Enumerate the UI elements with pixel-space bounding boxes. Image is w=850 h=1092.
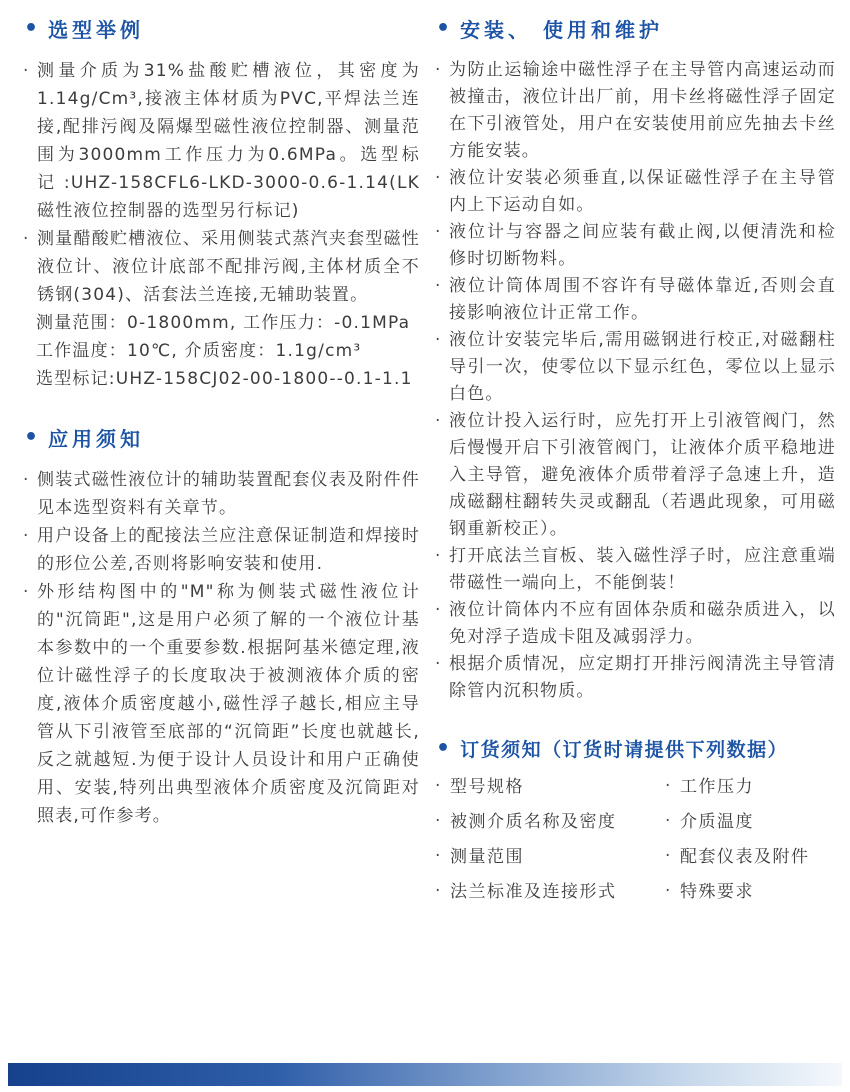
list-item-text: 液位计投入运行时，应先打开上引液管阀门，然后慢慢开启下引液管阀门，让液体介质平稳…	[449, 411, 836, 539]
list-item-text: 测量醋酸贮槽液位、采用侧装式蒸汽夹套型磁性 液位计、液位计底部不配排污阀,主体材…	[37, 229, 420, 305]
list-item: · 打开底法兰盲板、装入磁性浮子时，应注意重端带磁性一端向上，不能倒装！	[434, 543, 836, 597]
bullet-marker-icon: ·	[23, 225, 28, 253]
section-title-ordering: • 订货须知（订货时请提供下列数据）	[436, 735, 836, 762]
bullet-marker-icon: ·	[435, 597, 440, 624]
list-item: · 法兰标准及连接形式	[434, 881, 664, 903]
right-column: • 安装、 使用和维护 · 为防止运输途中磁性浮子在主导管内高速运动而被撞击，液…	[434, 14, 836, 916]
list-item: · 侧装式磁性液位计的辅助装置配套仪表及附件件见本选型资料有关章节。	[22, 466, 420, 522]
list-item: · 外形结构图中的"M"称为侧装式磁性液位计的"沉筒距",这是用户必须了解的一个…	[22, 578, 420, 830]
section-title-installation: • 安装、 使用和维护	[436, 14, 836, 43]
bullet-marker-icon: ·	[665, 775, 670, 797]
list-item: · 为防止运输途中磁性浮子在主导管内高速运动而被撞击，液位计出厂前，用卡丝将磁性…	[434, 57, 836, 165]
document-page: • 选型举例 · 测量介质为31%盐酸贮槽液位，其密度为1.14g/Cm³,接液…	[0, 0, 850, 1092]
list-item: · 液位计筒体周围不容许有导磁体靠近,否则会直接影响液位计正常工作。	[434, 273, 836, 327]
bullet-marker-icon: ·	[435, 327, 440, 354]
bullet-marker-icon: ·	[435, 543, 440, 570]
spec-line: 选型标记:UHZ-158CJ02-00-1800--0.1-1.1	[22, 365, 420, 393]
section-title-application-notes: • 应用须知	[24, 423, 420, 452]
list-item: · 液位计与容器之间应装有截止阀,以便清洗和检修时切断物料。	[434, 219, 836, 273]
bullet-marker-icon: ·	[435, 57, 440, 84]
list-item-text: 液位计筒体内不应有固体杂质和磁杂质进入，以免对浮子造成卡阻及减弱浮力。	[449, 600, 836, 647]
section-title-text: 安装、 使用和维护	[460, 14, 663, 43]
list-item-text: 液位计筒体周围不容许有导磁体靠近,否则会直接影响液位计正常工作。	[449, 276, 836, 323]
list-item-text: 特殊要求	[680, 882, 754, 902]
section-bullet-icon: •	[436, 738, 450, 760]
list-item-text: 液位计安装完毕后,需用磁钢进行校正,对磁翻柱导引一次，使零位以下显示红色，零位以…	[449, 330, 836, 404]
list-item-text: 用户设备上的配接法兰应注意保证制造和焊接时的形位公差,否则将影响安装和使用.	[37, 526, 420, 574]
section-bullet-icon: •	[436, 18, 450, 40]
bullet-marker-icon: ·	[435, 273, 440, 300]
ordering-list-right: · 工作压力 · 介质温度 · 配套仪表及附件 · 特殊要求	[664, 776, 836, 916]
list-item-text: 打开底法兰盲板、装入磁性浮子时，应注意重端带磁性一端向上，不能倒装！	[449, 546, 836, 593]
section-title-selection-examples: • 选型举例	[24, 14, 420, 43]
section-bullet-icon: •	[24, 18, 38, 40]
list-item-text: 液位计安装必须垂直,以保证磁性浮子在主导管内上下运动自如。	[449, 168, 836, 215]
bullet-marker-icon: ·	[435, 651, 440, 678]
ordering-data-list: · 型号规格 · 被测介质名称及密度 · 测量范围 · 法兰标准及连接形式	[434, 776, 836, 916]
list-item: · 被测介质名称及密度	[434, 811, 664, 833]
list-item-text: 工作压力	[680, 777, 754, 797]
list-item-text: 测量介质为31%盐酸贮槽液位，其密度为1.14g/Cm³,接液主体材质为PVC,…	[37, 61, 420, 221]
list-item: · 根据介质情况，应定期打开排污阀清洗主导管清除管内沉积物质。	[434, 651, 836, 705]
list-item-text: 型号规格	[450, 777, 524, 797]
list-item-text: 法兰标准及连接形式	[450, 882, 617, 902]
list-item: · 测量醋酸贮槽液位、采用侧装式蒸汽夹套型磁性 液位计、液位计底部不配排污阀,主…	[22, 225, 420, 309]
list-item-text: 介质温度	[680, 812, 754, 832]
section-title-text: 订货须知（订货时请提供下列数据）	[460, 735, 788, 762]
list-item: · 液位计安装完毕后,需用磁钢进行校正,对磁翻柱导引一次，使零位以下显示红色，零…	[434, 327, 836, 408]
list-item-text: 被测介质名称及密度	[450, 812, 617, 832]
list-item-text: 外形结构图中的"M"称为侧装式磁性液位计的"沉筒距",这是用户必须了解的一个液位…	[37, 582, 420, 826]
footer-gradient-bar	[8, 1063, 842, 1086]
list-item: · 液位计筒体内不应有固体杂质和磁杂质进入，以免对浮子造成卡阻及减弱浮力。	[434, 597, 836, 651]
list-item-text: 测量范围	[450, 847, 524, 867]
list-item-text: 根据介质情况，应定期打开排污阀清洗主导管清除管内沉积物质。	[449, 654, 836, 701]
list-item: · 特殊要求	[664, 881, 836, 903]
two-column-layout: • 选型举例 · 测量介质为31%盐酸贮槽液位，其密度为1.14g/Cm³,接液…	[0, 0, 850, 916]
spec-line: 工作温度：10℃, 介质密度：1.1g/cm³	[22, 337, 420, 365]
list-item-text: 为防止运输途中磁性浮子在主导管内高速运动而被撞击，液位计出厂前，用卡丝将磁性浮子…	[449, 60, 836, 161]
list-item: · 用户设备上的配接法兰应注意保证制造和焊接时的形位公差,否则将影响安装和使用.	[22, 522, 420, 578]
bullet-marker-icon: ·	[435, 219, 440, 246]
ordering-list-left: · 型号规格 · 被测介质名称及密度 · 测量范围 · 法兰标准及连接形式	[434, 776, 664, 916]
list-item-text: 配套仪表及附件	[680, 847, 810, 867]
bullet-marker-icon: ·	[435, 880, 440, 902]
section-bullet-icon: •	[24, 427, 38, 449]
bullet-marker-icon: ·	[435, 775, 440, 797]
list-item: · 液位计安装必须垂直,以保证磁性浮子在主导管内上下运动自如。	[434, 165, 836, 219]
bullet-marker-icon: ·	[23, 57, 28, 85]
bullet-marker-icon: ·	[665, 810, 670, 832]
bullet-marker-icon: ·	[435, 845, 440, 867]
list-item-text: 液位计与容器之间应装有截止阀,以便清洗和检修时切断物料。	[449, 222, 836, 269]
section-title-text: 选型举例	[48, 14, 144, 43]
spec-line: 测量范围：0-1800mm, 工作压力：-0.1MPa	[22, 309, 420, 337]
bullet-marker-icon: ·	[23, 578, 28, 606]
bullet-marker-icon: ·	[23, 522, 28, 550]
list-item: · 测量范围	[434, 846, 664, 868]
list-item-text: 侧装式磁性液位计的辅助装置配套仪表及附件件见本选型资料有关章节。	[37, 470, 420, 518]
list-item: · 液位计投入运行时，应先打开上引液管阀门，然后慢慢开启下引液管阀门，让液体介质…	[434, 408, 836, 543]
bullet-marker-icon: ·	[435, 408, 440, 435]
bullet-marker-icon: ·	[435, 165, 440, 192]
list-item: · 配套仪表及附件	[664, 846, 836, 868]
left-column: • 选型举例 · 测量介质为31%盐酸贮槽液位，其密度为1.14g/Cm³,接液…	[22, 14, 420, 916]
bullet-marker-icon: ·	[665, 845, 670, 867]
list-item: · 工作压力	[664, 776, 836, 798]
bullet-marker-icon: ·	[23, 466, 28, 494]
list-item: · 型号规格	[434, 776, 664, 798]
section-title-text: 应用须知	[48, 423, 144, 452]
list-item: · 测量介质为31%盐酸贮槽液位，其密度为1.14g/Cm³,接液主体材质为PV…	[22, 57, 420, 225]
bullet-marker-icon: ·	[665, 880, 670, 902]
bullet-marker-icon: ·	[435, 810, 440, 832]
list-item: · 介质温度	[664, 811, 836, 833]
